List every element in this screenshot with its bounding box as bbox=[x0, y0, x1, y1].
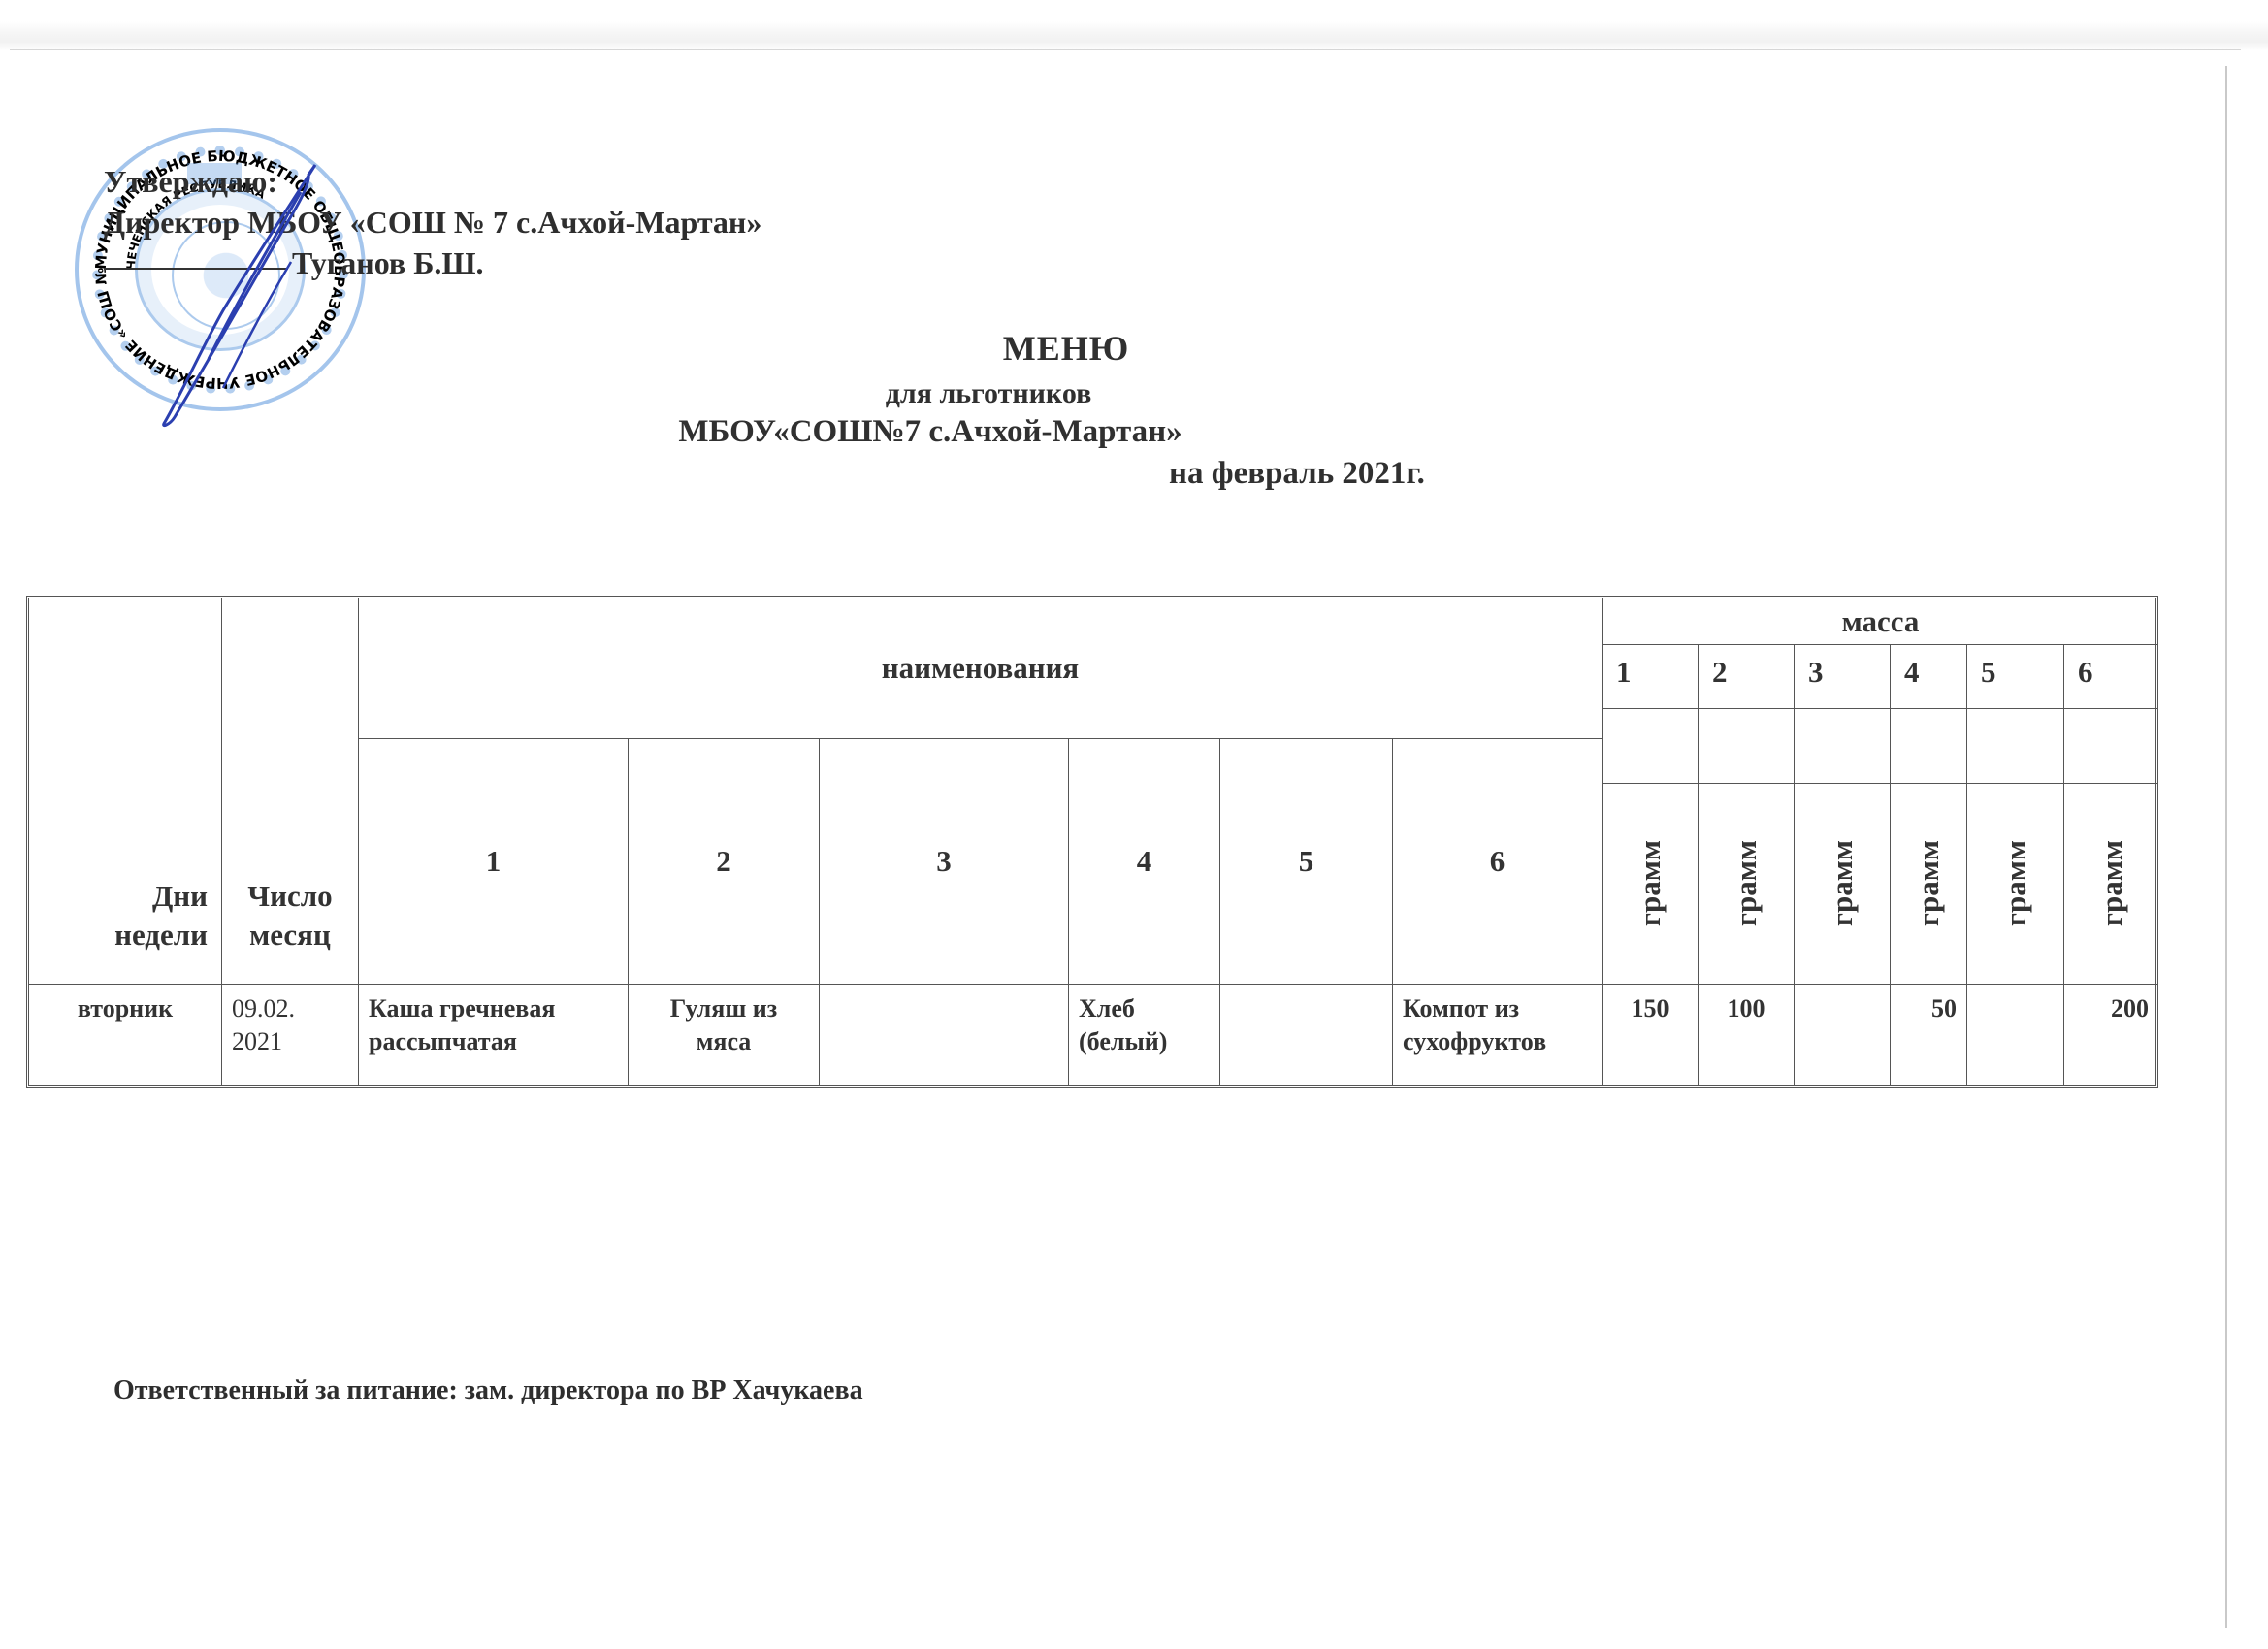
mass-unit-1: грамм bbox=[1603, 784, 1699, 985]
row-dish-2: Гуляш из мяса bbox=[629, 985, 820, 1086]
header-dish-col-3: 3 bbox=[820, 739, 1069, 985]
header-mass-col-2: 2 bbox=[1699, 645, 1795, 709]
row-mass-6: 200 bbox=[2064, 985, 2158, 1086]
header-mass-col-4: 4 bbox=[1891, 645, 1967, 709]
header-dish-names: наименования bbox=[359, 598, 1603, 739]
row-date: 09.02. 2021 bbox=[222, 985, 359, 1086]
header-mass: масса bbox=[1603, 598, 2158, 645]
scan-edge-right bbox=[2225, 66, 2227, 1628]
header-dish-col-4: 4 bbox=[1069, 739, 1220, 985]
header-mass-col-6: 6 bbox=[2064, 645, 2158, 709]
row-day: вторник bbox=[29, 985, 222, 1086]
header-dish-col-2: 2 bbox=[629, 739, 820, 985]
school-name: МБОУ«СОШ№7 с.Ачхой-Мартан» bbox=[0, 414, 2064, 450]
mass-blank-cell bbox=[1699, 709, 1795, 784]
mass-blank-cell bbox=[1891, 709, 1967, 784]
mass-blank-cell bbox=[2064, 709, 2158, 784]
header-mass-col-5: 5 bbox=[1967, 645, 2064, 709]
row-dish-3 bbox=[820, 985, 1069, 1086]
row-mass-2: 100 bbox=[1699, 985, 1795, 1086]
header-mass-col-1: 1 bbox=[1603, 645, 1699, 709]
menu-table: Дни недели Число месяц наименования 1 2 … bbox=[26, 596, 2158, 1088]
mass-blank-cell bbox=[1603, 709, 1699, 784]
row-mass-5 bbox=[1967, 985, 2064, 1086]
responsible-person-note: Ответственный за питание: зам. директора… bbox=[113, 1375, 863, 1406]
header-day-of-week: Дни недели bbox=[29, 598, 222, 985]
header-dish-col-1: 1 bbox=[359, 739, 629, 985]
row-mass-1: 150 bbox=[1603, 985, 1699, 1086]
document-period: на февраль 2021г. bbox=[1169, 456, 1425, 492]
header-date: Число месяц bbox=[222, 598, 359, 985]
header-mass-col-3: 3 bbox=[1795, 645, 1891, 709]
document-subtitle: для льготников bbox=[0, 377, 2122, 410]
row-dish-6: Компот из сухофруктов bbox=[1393, 985, 1603, 1086]
document-title: МЕНЮ bbox=[0, 328, 2200, 369]
mass-unit-5: грамм bbox=[1967, 784, 2064, 985]
row-dish-4: Хлеб (белый) bbox=[1069, 985, 1220, 1086]
mass-unit-6: грамм bbox=[2064, 784, 2158, 985]
row-dish-1: Каша гречневая рассыпчатая bbox=[359, 985, 629, 1086]
mass-blank-cell bbox=[1795, 709, 1891, 784]
header-dish-col-5: 5 bbox=[1220, 739, 1393, 985]
scan-artifact-band bbox=[0, 21, 2268, 50]
mass-blank-cell bbox=[1967, 709, 2064, 784]
mass-unit-3: грамм bbox=[1795, 784, 1891, 985]
mass-unit-4: грамм bbox=[1891, 784, 1967, 985]
row-mass-3 bbox=[1795, 985, 1891, 1086]
row-dish-5 bbox=[1220, 985, 1393, 1086]
mass-unit-2: грамм bbox=[1699, 784, 1795, 985]
row-mass-4: 50 bbox=[1891, 985, 1967, 1086]
scan-edge-top bbox=[10, 48, 2241, 50]
header-dish-col-6: 6 bbox=[1393, 739, 1603, 985]
